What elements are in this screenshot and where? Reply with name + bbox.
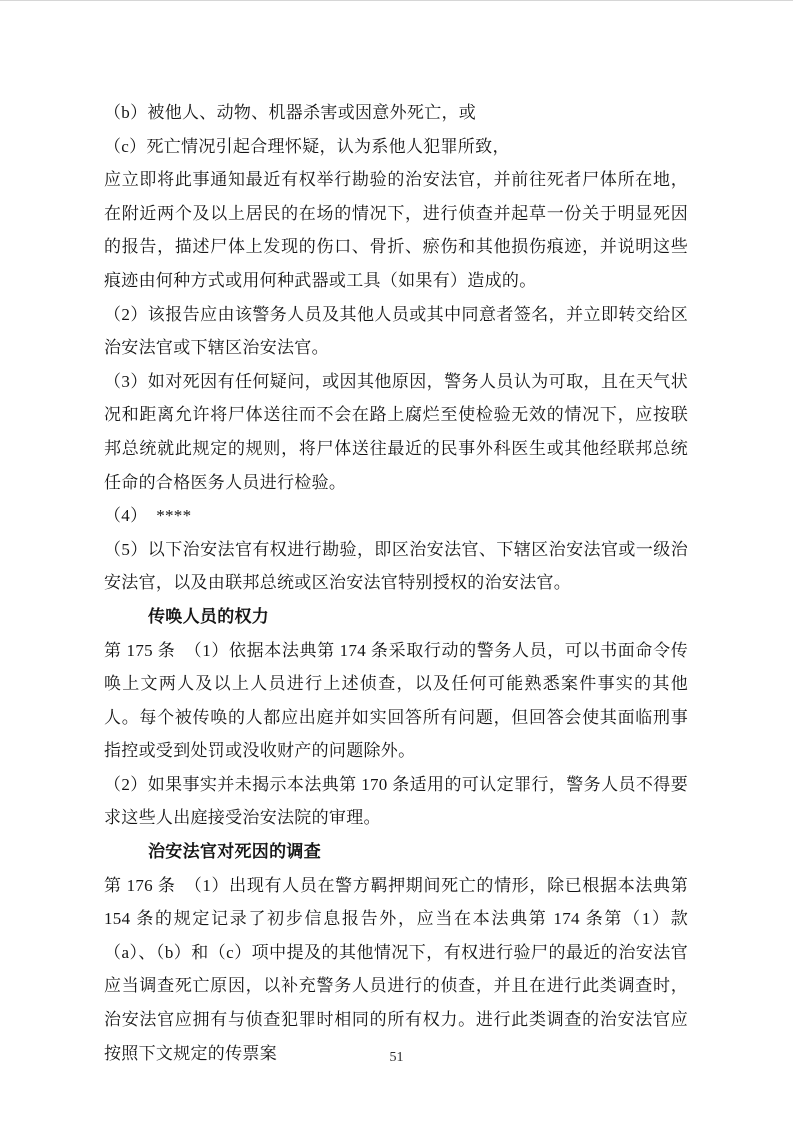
section-heading: 治安法官对死因的调查 [104, 835, 688, 869]
page-number: 51 [0, 1048, 793, 1068]
paragraph: 第 176 条 （1）出现有人员在警方羁押期间死亡的情形，除已根据本法典第 15… [104, 869, 688, 1071]
document-page: （b）被他人、动物、机器杀害或因意外死亡，或 （c）死亡情况引起合理怀疑，认为系… [0, 0, 793, 1122]
paragraph: （2）该报告应由该警务人员及其他人员或其中同意者签名，并立即转交给区治安法官或下… [104, 298, 688, 365]
section-heading: 传唤人员的权力 [104, 600, 688, 634]
paragraph: （2）如果事实并未揭示本法典第 170 条适用的可认定罪行，警务人员不得要求这些… [104, 768, 688, 835]
paragraph: 应立即将此事通知最近有权举行勘验的治安法官，并前往死者尸体所在地，在附近两个及以… [104, 163, 688, 297]
paragraph: （3）如对死因有任何疑问，或因其他原因，警务人员认为可取，且在天气状况和距离允许… [104, 365, 688, 499]
document-content: （b）被他人、动物、机器杀害或因意外死亡，或 （c）死亡情况引起合理怀疑，认为系… [104, 96, 688, 1070]
clause-item: （c）死亡情况引起合理怀疑，认为系他人犯罪所致， [104, 130, 688, 164]
clause-item: （b）被他人、动物、机器杀害或因意外死亡，或 [104, 96, 688, 130]
scan-edge-artifact [0, 0, 793, 1]
paragraph: 第 175 条 （1）依据本法典第 174 条采取行动的警务人员，可以书面命令传… [104, 634, 688, 768]
paragraph: （5）以下治安法官有权进行勘验，即区治安法官、下辖区治安法官或一级治安法官，以及… [104, 533, 688, 600]
paragraph-asterisks: （4） **** [104, 499, 688, 533]
